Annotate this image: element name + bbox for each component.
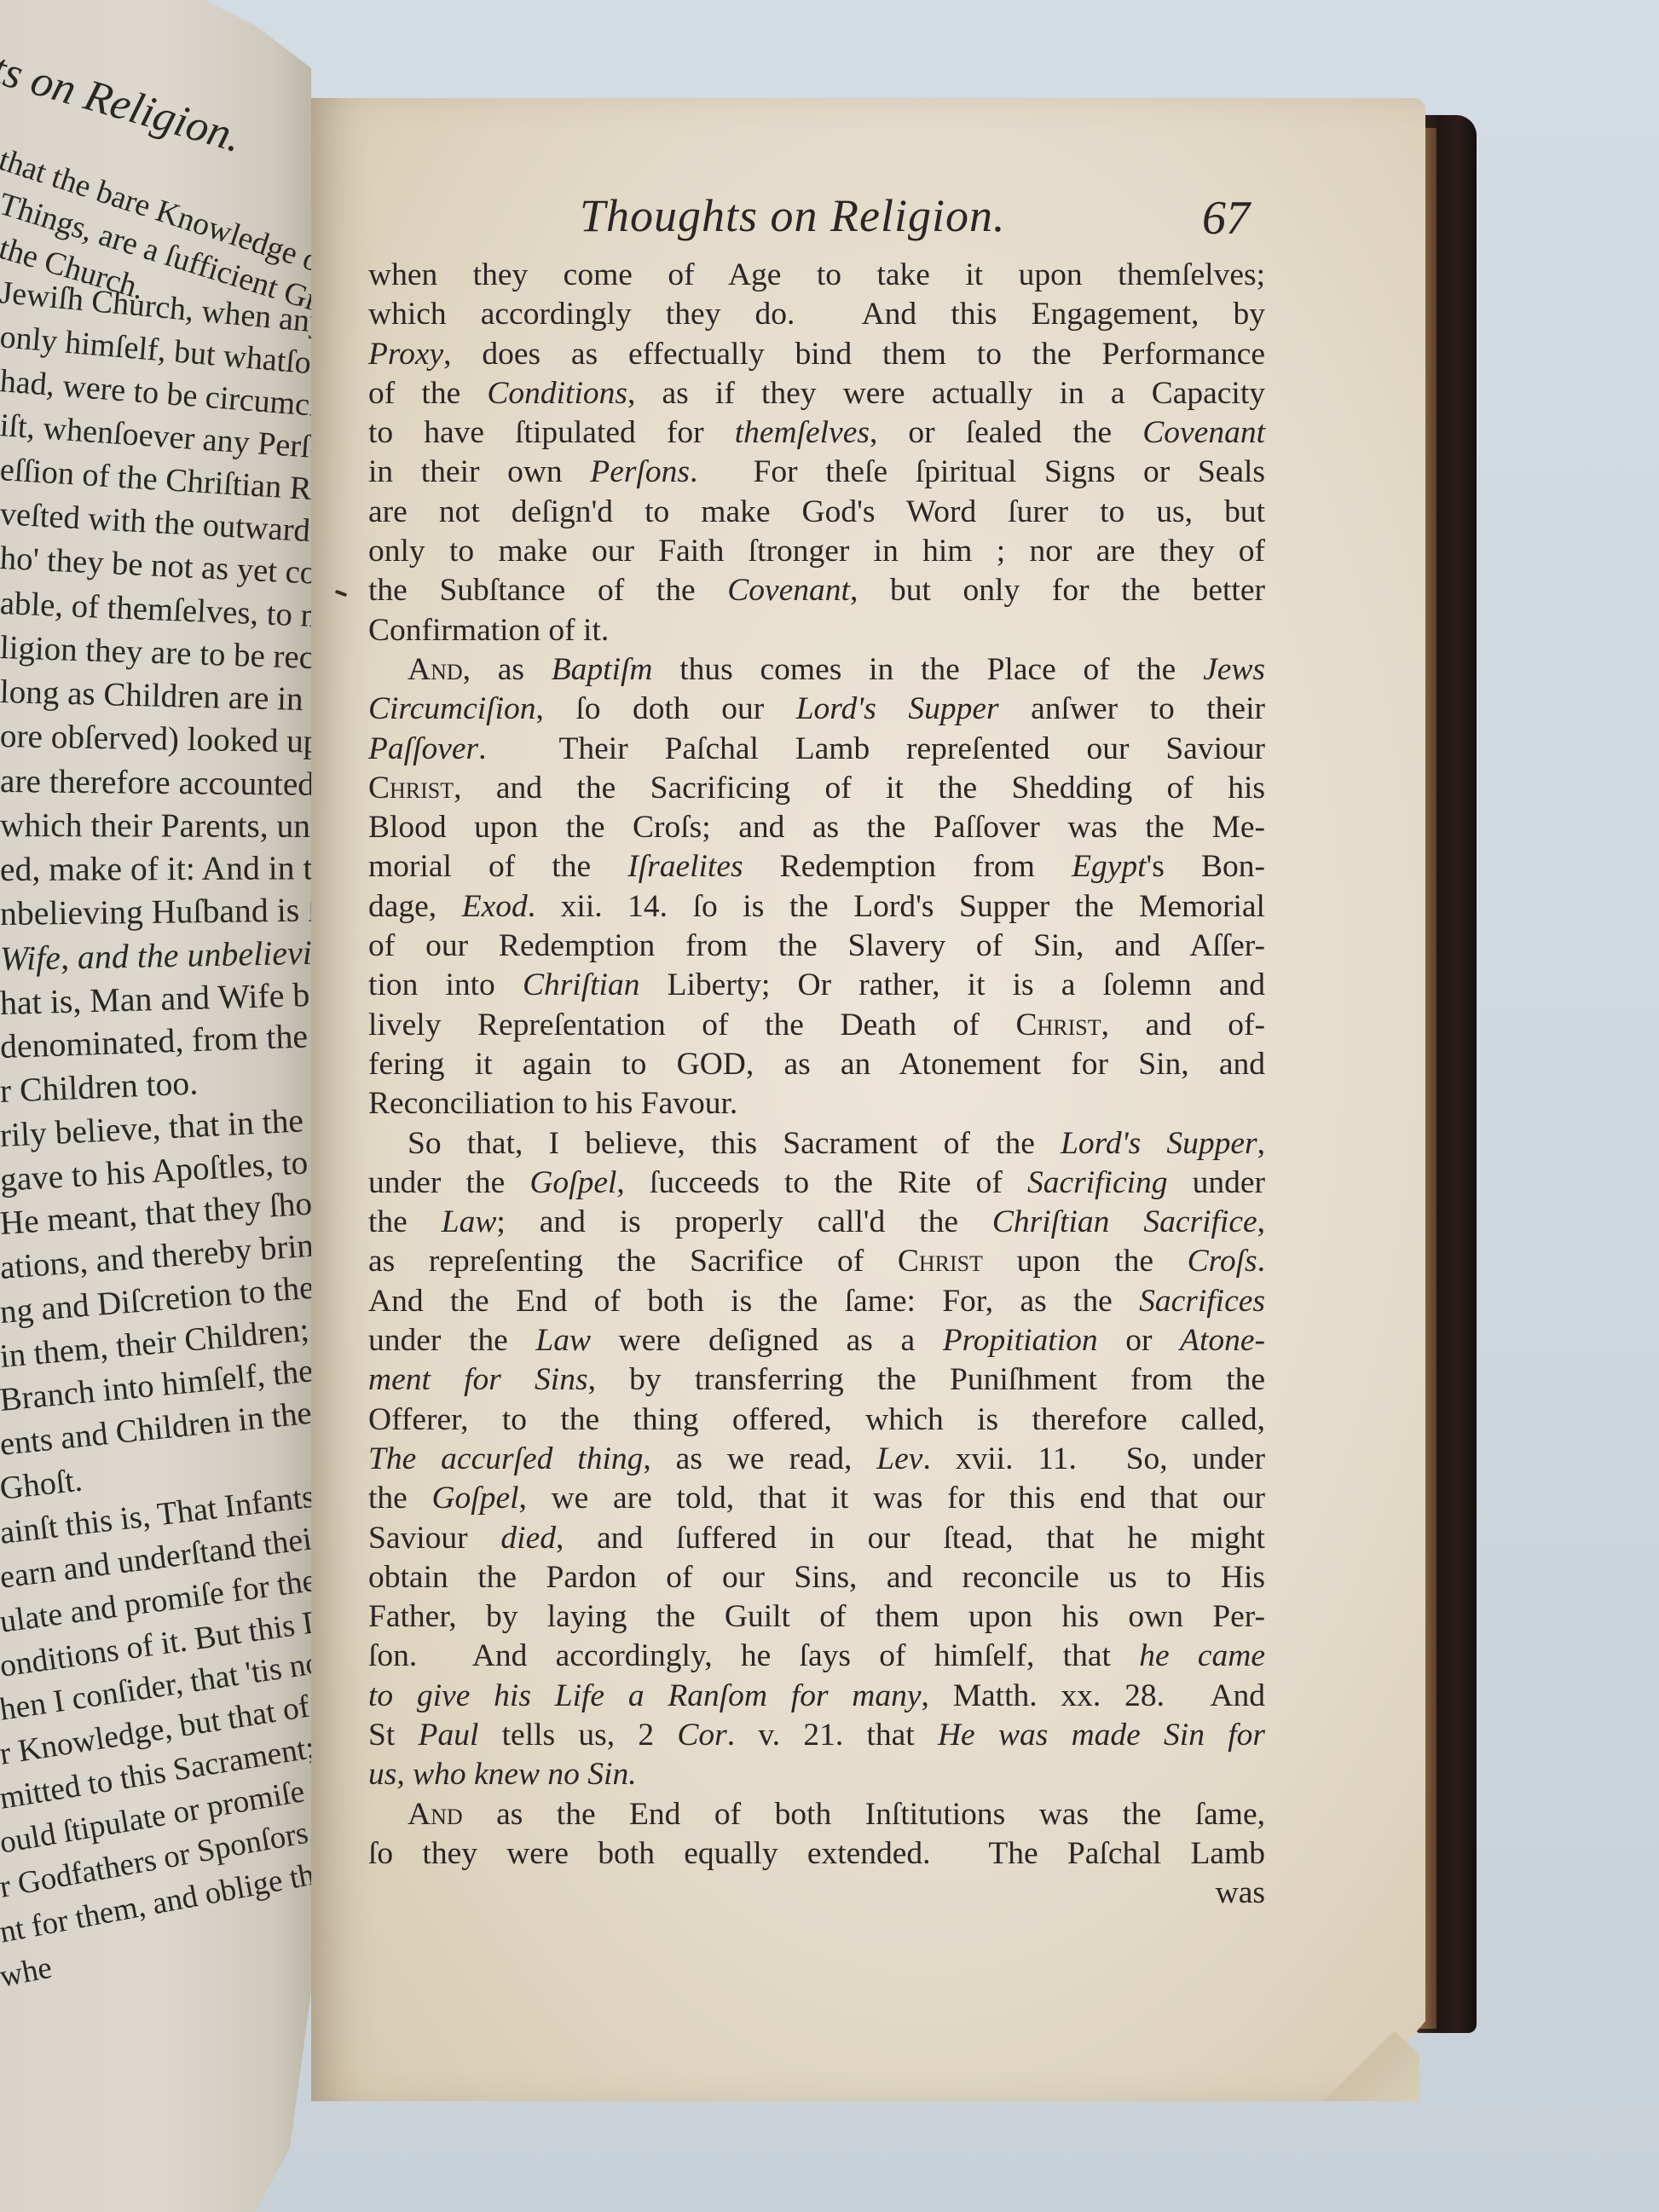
- left-text-line: able, of themſelves, to ma: [0, 584, 320, 636]
- text-run: , ſucceeds to the Rite of: [616, 1165, 1027, 1200]
- text-run: in their own: [368, 454, 590, 489]
- text-run: So that, I believe, this Sacrament of th…: [408, 1126, 1061, 1161]
- text-line: the Goſpel, we are told, that it was for…: [368, 1479, 1265, 1518]
- text-line: ſon. And accordingly, he ſays of himſelf…: [368, 1637, 1265, 1676]
- text-run: , we are told, that it was for this end …: [519, 1481, 1265, 1516]
- text-run: thus comes in the Place of the: [653, 652, 1204, 687]
- text-line: of the Conditions, as if they were actua…: [368, 374, 1265, 413]
- text-run: which accordingly they do. And this Enga…: [368, 297, 1265, 332]
- text-line: Father, by laying the Guilt of them upon…: [368, 1597, 1265, 1637]
- text-line: fering it again to GOD, as an Atonement …: [368, 1045, 1265, 1084]
- italic-text: Proxy: [368, 337, 443, 372]
- italic-text: to give his Life a Ranſom for many: [368, 1678, 922, 1713]
- text-line: And, as Baptiſm thus comes in the Place …: [368, 650, 1265, 690]
- text-run: , and of-: [1101, 1008, 1265, 1042]
- text-line: Reconciliation to his Favour.: [368, 1084, 1265, 1123]
- italic-text: Law: [442, 1204, 497, 1239]
- text-line: Proxy, does as effectually bind them to …: [368, 335, 1265, 374]
- text-run: anſwer to their: [999, 691, 1265, 726]
- text-run: Confirmation of it.: [368, 613, 609, 648]
- left-page: ts on Religion. that the bare Knowledge …: [0, 0, 320, 2212]
- text-run: ,: [1257, 1126, 1265, 1161]
- text-run: St: [368, 1718, 419, 1753]
- italic-text: Lord's Supper: [796, 691, 999, 726]
- text-run: or: [1098, 1323, 1180, 1358]
- text-run: ; and is properly call'd the: [496, 1204, 992, 1239]
- text-run: . Their Paſchal Lamb repreſented our Sav…: [478, 731, 1265, 766]
- text-line: Confirmation of it.: [368, 611, 1265, 650]
- italic-text: Perſons: [590, 454, 690, 489]
- text-run: are not deſign'd to make God's Word ſure…: [368, 494, 1265, 529]
- text-line: obtain the Pardon of our Sins, and recon…: [368, 1558, 1265, 1597]
- left-page-text: ts on Religion. that the bare Knowledge …: [0, 34, 320, 1995]
- text-run: the Subſtance of the: [368, 573, 727, 608]
- text-run: upon the: [983, 1244, 1188, 1279]
- text-line: to have ſtipulated for themſelves, or ſe…: [368, 413, 1265, 453]
- italic-text: Propitiation: [943, 1323, 1098, 1358]
- italic-text: Covenant: [1142, 415, 1265, 450]
- text-line: morial of the Iſraelites Redemption from…: [368, 847, 1265, 887]
- left-text-line: are therefore accounted Hol: [0, 761, 320, 805]
- left-text-line: ed, make of it: And in th: [0, 848, 320, 889]
- text-line: which accordingly they do. And this Enga…: [368, 295, 1265, 334]
- left-text-line: hat is, Man and Wife bei: [0, 973, 320, 1023]
- running-head: Thoughts on Religion. 67: [0, 189, 1659, 240]
- text-run: Father, by laying the Guilt of them upon…: [368, 1599, 1265, 1634]
- text-line: under the Goſpel, ſucceeds to the Rite o…: [368, 1164, 1265, 1203]
- text-line: Saviour died, and ſuffered in our ſtead,…: [368, 1519, 1265, 1558]
- left-text-line: long as Children are in the: [0, 673, 320, 719]
- text-run: .: [1257, 1244, 1265, 1279]
- text-run: , Matth. xx. 28. And: [922, 1678, 1265, 1713]
- page-number: 67: [1202, 191, 1250, 245]
- text-line: Circumciſion, ſo doth our Lord's Supper …: [368, 690, 1265, 729]
- text-run: dage,: [368, 889, 462, 924]
- text-run: when they come of Age to take it upon th…: [368, 257, 1265, 292]
- text-run: , ſo doth our: [536, 691, 796, 726]
- italic-text: ment for Sins: [368, 1362, 588, 1397]
- text-line: Offerer, to the thing offered, which is …: [368, 1401, 1265, 1440]
- left-text-line: r Children too.: [0, 1063, 199, 1111]
- text-run: . v. 21. that: [727, 1718, 938, 1753]
- left-text-line: ore obſerved) looked upon: [0, 717, 320, 761]
- text-run: , does as effectually bind them to the P…: [443, 337, 1265, 372]
- italic-text: themſelves: [735, 415, 870, 450]
- text-line: tion into Chriſtian Liberty; Or rather, …: [368, 966, 1265, 1005]
- text-line: Paſſover. Their Paſchal Lamb repreſented…: [368, 730, 1265, 769]
- text-line: So that, I believe, this Sacrament of th…: [368, 1124, 1265, 1164]
- text-run: , or ſealed the: [870, 415, 1142, 450]
- text-run: . xii. 14. ſo is the Lord's Supper the M…: [528, 889, 1265, 924]
- italic-text: Chriſtian: [523, 967, 640, 1002]
- text-run: tells us, 2: [478, 1718, 677, 1753]
- italic-text: died: [500, 1521, 556, 1556]
- body-text: when they come of Age to take it upon th…: [368, 256, 1265, 1913]
- text-line: was: [368, 1874, 1265, 1913]
- text-run: the: [368, 1204, 442, 1239]
- text-line: when they come of Age to take it upon th…: [368, 256, 1265, 295]
- text-line: us, who knew no Sin.: [368, 1755, 1265, 1794]
- text-run: of our Redemption from the Slavery of Si…: [368, 928, 1265, 963]
- text-run: , and the Sacrificing of it the Shedding…: [454, 771, 1265, 806]
- text-run: Saviour: [368, 1521, 500, 1556]
- small-caps-text: And: [408, 652, 463, 687]
- text-run: , by transferring the Puniſhment from th…: [588, 1362, 1265, 1397]
- left-running-title: ts on Religion.: [0, 43, 247, 163]
- italic-text: Croſs: [1188, 1244, 1257, 1279]
- text-run: only to make our Faith ſtronger in him ;…: [368, 534, 1265, 569]
- italic-text: He was made Sin for: [938, 1718, 1265, 1753]
- text-line: the Law; and is properly call'd the Chri…: [368, 1203, 1265, 1242]
- text-line: the Subſtance of the Covenant, but only …: [368, 571, 1265, 610]
- text-run: Blood upon the Croſs; and as the Paſſove…: [368, 810, 1265, 845]
- text-run: the: [368, 1481, 431, 1516]
- italic-text: Iſraelites: [627, 849, 743, 884]
- left-text-line: which their Parents, und: [0, 806, 320, 846]
- text-line: are not deſign'd to make God's Word ſure…: [368, 493, 1265, 532]
- text-run: as the End of both Inſtitutions was the …: [463, 1797, 1265, 1832]
- italic-text: Goſpel: [431, 1481, 518, 1516]
- small-caps-text: And: [408, 1797, 463, 1832]
- italic-text: Conditions: [487, 376, 627, 411]
- text-line: Blood upon the Croſs; and as the Paſſove…: [368, 808, 1265, 847]
- text-run: of the: [368, 376, 487, 411]
- text-run: Offerer, to the thing offered, which is …: [368, 1402, 1265, 1437]
- text-line: lively Repreſentation of the Death of Ch…: [368, 1006, 1265, 1045]
- text-line: to give his Life a Ranſom for many, Matt…: [368, 1677, 1265, 1716]
- small-caps-text: Christ: [368, 771, 454, 806]
- text-run: to have ſtipulated for: [368, 415, 735, 450]
- italic-text: Paul: [419, 1718, 479, 1753]
- italic-text: Lev: [876, 1441, 922, 1476]
- text-run: ſo they were both equally extended. The …: [368, 1836, 1265, 1871]
- text-run: tion into: [368, 967, 523, 1002]
- left-text-line: whe: [0, 1949, 55, 1995]
- small-caps-text: Christ: [1015, 1008, 1101, 1042]
- text-run: as repreſenting the Sacrifice of: [368, 1244, 898, 1279]
- italic-text: Circumciſion: [368, 691, 536, 726]
- running-title: Thoughts on Religion.: [580, 189, 1006, 242]
- text-run: Redemption from: [743, 849, 1072, 884]
- text-line: ment for Sins, by transferring the Puniſ…: [368, 1360, 1265, 1400]
- text-line: Christ, and the Sacrificing of it the Sh…: [368, 769, 1265, 808]
- italic-text: Chriſtian Sacrifice: [992, 1204, 1257, 1239]
- text-line: And the End of both is the ſame: For, as…: [368, 1282, 1265, 1321]
- text-run: under the: [368, 1165, 529, 1200]
- text-run: Reconciliation to his Favour.: [368, 1086, 737, 1121]
- text-line: of our Redemption from the Slavery of Si…: [368, 927, 1265, 966]
- italic-text: Paſſover: [368, 731, 478, 766]
- italic-text: Law: [535, 1323, 591, 1358]
- text-line: as repreſenting the Sacrifice of Christ …: [368, 1242, 1265, 1281]
- italic-text: Exod: [462, 889, 528, 924]
- italic-text: Goſpel: [529, 1165, 616, 1200]
- text-run: obtain the Pardon of our Sins, and recon…: [368, 1560, 1265, 1595]
- text-line: dage, Exod. xii. 14. ſo is the Lord's Su…: [368, 887, 1265, 927]
- left-text-line: Ghoſt.: [0, 1462, 84, 1508]
- text-run: . For theſe ſpiritual Signs or Seals: [690, 454, 1265, 489]
- left-text-line: Wife, and the unbelieving W: [0, 931, 320, 979]
- text-run: 's Bon-: [1147, 849, 1265, 884]
- text-run: under the: [368, 1323, 535, 1358]
- text-run: , and ſuffered in our ſtead, that he mig…: [556, 1521, 1265, 1556]
- italic-text: Jews: [1203, 652, 1265, 687]
- left-text-line: denominated, from the bett: [0, 1014, 320, 1066]
- text-run: under: [1168, 1165, 1265, 1200]
- text-run: , but only for the better: [850, 573, 1265, 608]
- italic-text: Baptiſm: [552, 652, 653, 687]
- italic-text: Covenant: [727, 573, 850, 608]
- text-line: under the Law were deſigned as a Propiti…: [368, 1321, 1265, 1360]
- text-run: ,: [1257, 1204, 1265, 1239]
- text-run: were deſigned as a: [591, 1323, 943, 1358]
- italic-text: Cor: [677, 1718, 726, 1753]
- italic-text: he came: [1139, 1638, 1265, 1673]
- small-caps-text: Christ: [898, 1244, 983, 1279]
- italic-text: Sacrifices: [1139, 1284, 1265, 1319]
- text-run: . xvii. 11. So, under: [922, 1441, 1265, 1476]
- text-run: fering it again to GOD, as an Atonement …: [368, 1047, 1265, 1082]
- text-run: , as if they were actually in a Capacity: [627, 376, 1265, 411]
- text-run: Liberty; Or rather, it is a ſolemn and: [639, 967, 1265, 1002]
- left-text-line: ligion they are to be receiv: [0, 628, 320, 679]
- italic-text: us, who knew no Sin.: [368, 1757, 637, 1792]
- italic-text: The accurſed thing: [368, 1441, 643, 1476]
- text-line: St Paul tells us, 2 Cor. v. 21. that He …: [368, 1716, 1265, 1755]
- left-text-line: nbelieving Huſband is ſaid to: [0, 889, 320, 933]
- text-run: ſon. And accordingly, he ſays of himſelf…: [368, 1638, 1139, 1673]
- italic-text: Atone-: [1180, 1323, 1265, 1358]
- text-line: And as the End of both Inſtitutions was …: [368, 1795, 1265, 1834]
- text-run: morial of the: [368, 849, 627, 884]
- text-line: The accurſed thing, as we read, Lev. xvi…: [368, 1440, 1265, 1479]
- text-line: only to make our Faith ſtronger in him ;…: [368, 532, 1265, 571]
- text-run: And the End of both is the ſame: For, as…: [368, 1284, 1139, 1319]
- italic-text: Lord's Supper: [1061, 1126, 1257, 1161]
- text-line: in their own Perſons. For theſe ſpiritua…: [368, 453, 1265, 492]
- text-run: , as we read,: [643, 1441, 876, 1476]
- italic-text: Sacrificing: [1027, 1165, 1168, 1200]
- text-run: , as: [463, 652, 552, 687]
- italic-text: Egypt: [1072, 849, 1146, 884]
- text-run: was: [1216, 1875, 1265, 1910]
- text-line: ſo they were both equally extended. The …: [368, 1834, 1265, 1874]
- text-run: lively Repreſentation of the Death of: [368, 1008, 1015, 1042]
